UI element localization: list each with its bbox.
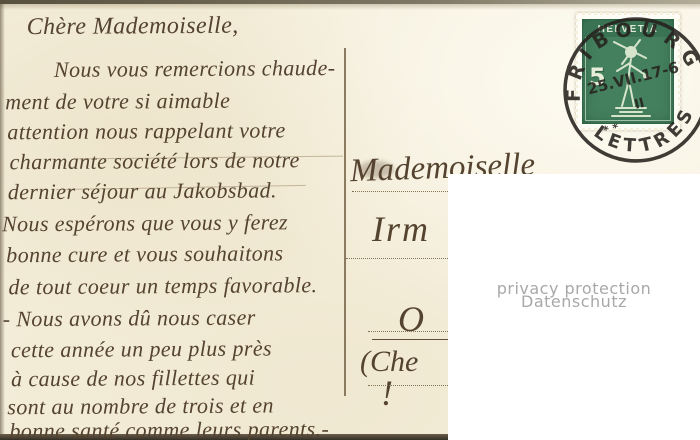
- postmark-date: 25.VII.17-6: [585, 58, 680, 98]
- postmark-index: II: [633, 96, 646, 113]
- message-line: bonne cure et vous souhaitons: [6, 240, 283, 268]
- address-dotted-line: [346, 257, 462, 259]
- privacy-line-de: Datenschutz: [448, 295, 700, 308]
- message-line: - Nous avons dû nous caser: [3, 305, 256, 333]
- message-line: Chère Mademoiselle,: [27, 13, 239, 40]
- address-line-co-fragment: (Che: [360, 345, 418, 379]
- message-line: de tout coeur un temps favorable.: [8, 272, 317, 300]
- message-line: bonne santé comme leurs parents.-: [9, 416, 329, 440]
- message-line: attention nous rappelant votre: [7, 117, 285, 145]
- handwritten-message: Chère Mademoiselle, Nous vous remercions…: [0, 0, 382, 440]
- message-line: ment de votre si aimable: [5, 88, 230, 116]
- address-line-name-fragment: Irm: [372, 208, 430, 250]
- message-line: à cause de nos fillettes qui: [11, 365, 255, 393]
- address-dotted-line: [352, 190, 462, 192]
- message-line: dernier séjour au Jakobsbad.: [8, 177, 277, 205]
- postcard-scan: Chère Mademoiselle, Nous vous remercions…: [0, 0, 700, 440]
- message-line: cette année un peu plus près: [11, 335, 272, 363]
- message-line: Nous vous remercions chaude-: [54, 55, 336, 83]
- address-line-town-fragment: O: [398, 298, 424, 340]
- message-line: Nous espérons que vous y ferez: [2, 209, 288, 237]
- privacy-overlay: privacy protection Datenschutz: [448, 174, 700, 440]
- privacy-overlay-text: privacy protection Datenschutz: [448, 282, 700, 308]
- message-line: charmante société lors de notre: [10, 147, 300, 175]
